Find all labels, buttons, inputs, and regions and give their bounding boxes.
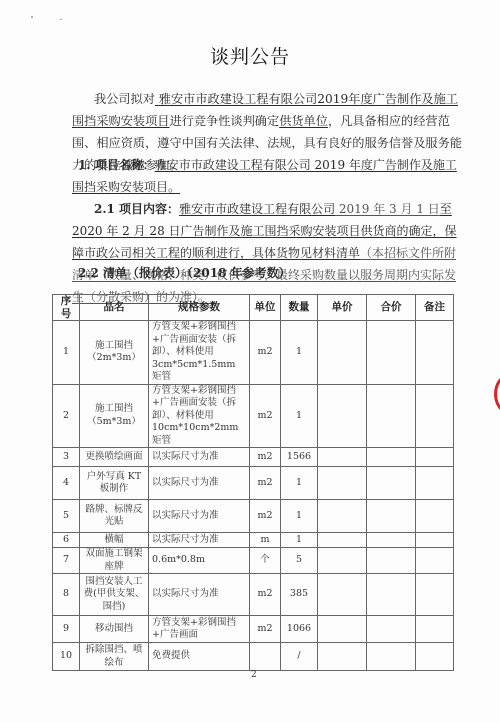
- cell-unit: m2: [250, 448, 281, 467]
- cell-total: [367, 500, 416, 533]
- cell-total: [367, 321, 416, 385]
- cell-unit: [250, 643, 281, 671]
- cell-spec: 0.6m*0.8m: [149, 548, 250, 574]
- section-content-a: 雅安市市政建设工程有限公司: [179, 202, 335, 216]
- cell-note: [416, 384, 454, 448]
- cell-spec: 以实际尺寸为准: [149, 533, 250, 548]
- section-project-name: 1. 项目名称：雅安市市政建设工程有限公司 2019 年度广告制作及施工围挡采购…: [72, 154, 462, 198]
- cell-spec: 以实际尺寸为准: [149, 500, 250, 533]
- cell-spec: 免费提供: [149, 643, 250, 671]
- table-row: 8围挡安装人工费(甲供支架、围挡)以实际尺寸为准m2385: [53, 574, 454, 616]
- cell-no: 3: [53, 448, 80, 467]
- scan-speck: [31, 16, 33, 18]
- cell-total: [367, 448, 416, 467]
- intro-middle: 进行竞争性谈判确定: [170, 114, 280, 128]
- cell-qty: 1: [281, 384, 318, 448]
- table-row: 3更换喷绘画面以实际尺寸为准m21566: [53, 448, 454, 467]
- page-title: 谈判公告: [0, 42, 500, 69]
- cell-price: [318, 643, 367, 671]
- cell-total: [367, 533, 416, 548]
- section-project-content: 2.1 项目内容：雅安市市政建设工程有限公司 2019 年 3 月 1 日至 2…: [72, 198, 462, 308]
- cell-note: [416, 321, 454, 385]
- cell-name: 横幅: [80, 533, 149, 548]
- intro-supplier: 供货单位: [279, 114, 328, 128]
- cell-qty: 385: [281, 574, 318, 616]
- cell-unit: m2: [250, 616, 281, 643]
- cell-total: [367, 643, 416, 671]
- table-row: 6横幅以实际尺寸为准m1: [53, 533, 454, 548]
- cell-no: 2: [53, 384, 80, 448]
- cell-name: 户外写真 KT 板制作: [80, 467, 149, 500]
- cell-name: 施工围挡 （2m*3m）: [80, 321, 149, 385]
- cell-unit: 个: [250, 548, 281, 574]
- header-unit: 单位: [250, 295, 281, 321]
- cell-spec: 方管支架+彩钢围挡+广告画面安装（拆卸）、材料使用 10cm*10cm*2mm …: [149, 384, 250, 448]
- cell-unit: m: [250, 533, 281, 548]
- cell-note: [416, 467, 454, 500]
- cell-note: [416, 448, 454, 467]
- cell-no: 10: [53, 643, 80, 671]
- cell-no: 9: [53, 616, 80, 643]
- table-row: 9移动围挡方管支架+彩钢围挡+广告画面m21066: [53, 616, 454, 643]
- cell-name: 移动围挡: [80, 616, 149, 643]
- cell-price: [318, 321, 367, 385]
- cell-no: 7: [53, 548, 80, 574]
- table-row: 7双面施工钢架座牌0.6m*0.8m个5: [53, 548, 454, 574]
- cell-unit: m2: [250, 500, 281, 533]
- header-spec: 规格参数: [149, 295, 250, 321]
- cell-price: [318, 384, 367, 448]
- header-price: 单价: [318, 295, 367, 321]
- cell-spec: 以实际尺寸为准: [149, 467, 250, 500]
- cell-qty: /: [281, 643, 318, 671]
- cell-no: 1: [53, 321, 80, 385]
- cell-note: [416, 548, 454, 574]
- cell-spec: 以实际尺寸为准: [149, 448, 250, 467]
- cell-name: 拆除围挡、喷绘布: [80, 643, 149, 671]
- cell-spec: 以实际尺寸为准: [149, 574, 250, 616]
- cell-no: 5: [53, 500, 80, 533]
- cell-price: [318, 533, 367, 548]
- table-row: 10拆除围挡、喷绘布免费提供/: [53, 643, 454, 671]
- cell-unit: m2: [250, 574, 281, 616]
- cell-name: 施工围挡 （5m*3m）: [80, 384, 149, 448]
- cell-qty: 1: [281, 533, 318, 548]
- cell-qty: 1566: [281, 448, 318, 467]
- cell-no: 4: [53, 467, 80, 500]
- cell-price: [318, 548, 367, 574]
- table-row: 2施工围挡 （5m*3m）方管支架+彩钢围挡+广告画面安装（拆卸）、材料使用 1…: [53, 384, 454, 448]
- cell-qty: 5: [281, 548, 318, 574]
- cell-name: 围挡安装人工费(甲供支架、围挡): [80, 574, 149, 616]
- header-qty: 数量: [281, 295, 318, 321]
- table-row: 1施工围挡 （2m*3m）方管支架+彩钢围挡+广告画面安装（拆卸）、材料使用 3…: [53, 321, 454, 385]
- cell-no: 8: [53, 574, 80, 616]
- cell-price: [318, 500, 367, 533]
- cell-qty: 1: [281, 467, 318, 500]
- section-project-content-label: 2.1 项目内容：: [94, 202, 179, 216]
- cell-unit: m2: [250, 321, 281, 385]
- section-project-name-label: 1. 项目名称：: [78, 158, 155, 172]
- cell-note: [416, 574, 454, 616]
- table-header-row: 序号 品名 规格参数 单位 数量 单价 合价 备注: [53, 295, 454, 321]
- cell-total: [367, 574, 416, 616]
- red-seal-stamp: [494, 374, 500, 414]
- quote-table: 序号 品名 规格参数 单位 数量 单价 合价 备注 1施工围挡 （2m*3m）方…: [52, 294, 454, 671]
- cell-unit: m2: [250, 467, 281, 500]
- header-no: 序号: [53, 295, 80, 321]
- cell-note: [416, 500, 454, 533]
- scan-speck: [60, 19, 62, 20]
- cell-note: [416, 533, 454, 548]
- header-total: 合价: [367, 295, 416, 321]
- cell-total: [367, 467, 416, 500]
- cell-price: [318, 616, 367, 643]
- cell-note: [416, 616, 454, 643]
- cell-price: [318, 467, 367, 500]
- cell-qty: 1: [281, 321, 318, 385]
- cell-spec: 方管支架+彩钢围挡+广告画面安装（拆卸）、材料使用 3cm*5cm*1.5mm …: [149, 321, 250, 385]
- cell-name: 路牌、标牌反光贴: [80, 500, 149, 533]
- cell-unit: m2: [250, 384, 281, 448]
- cell-price: [318, 448, 367, 467]
- cell-name: 双面施工钢架座牌: [80, 548, 149, 574]
- cell-no: 6: [53, 533, 80, 548]
- cell-total: [367, 384, 416, 448]
- page-number: 2: [251, 670, 257, 680]
- header-name: 品名: [80, 295, 149, 321]
- section-content-b: 2019 年 3 月 1 日: [335, 202, 440, 216]
- cell-qty: 1: [281, 500, 318, 533]
- cell-total: [367, 616, 416, 643]
- header-note: 备注: [416, 295, 454, 321]
- table-row: 4户外写真 KT 板制作以实际尺寸为准m21: [53, 467, 454, 500]
- cell-total: [367, 548, 416, 574]
- intro-prefix: 我公司拟对: [94, 92, 155, 106]
- section-list-heading: 2.2 清单（报价表）（2018 年参考数）: [78, 264, 291, 281]
- cell-spec: 方管支架+彩钢围挡+广告画面: [149, 616, 250, 643]
- cell-qty: 1066: [281, 616, 318, 643]
- table-row: 5路牌、标牌反光贴以实际尺寸为准m21: [53, 500, 454, 533]
- cell-note: [416, 643, 454, 671]
- cell-price: [318, 574, 367, 616]
- cell-name: 更换喷绘画面: [80, 448, 149, 467]
